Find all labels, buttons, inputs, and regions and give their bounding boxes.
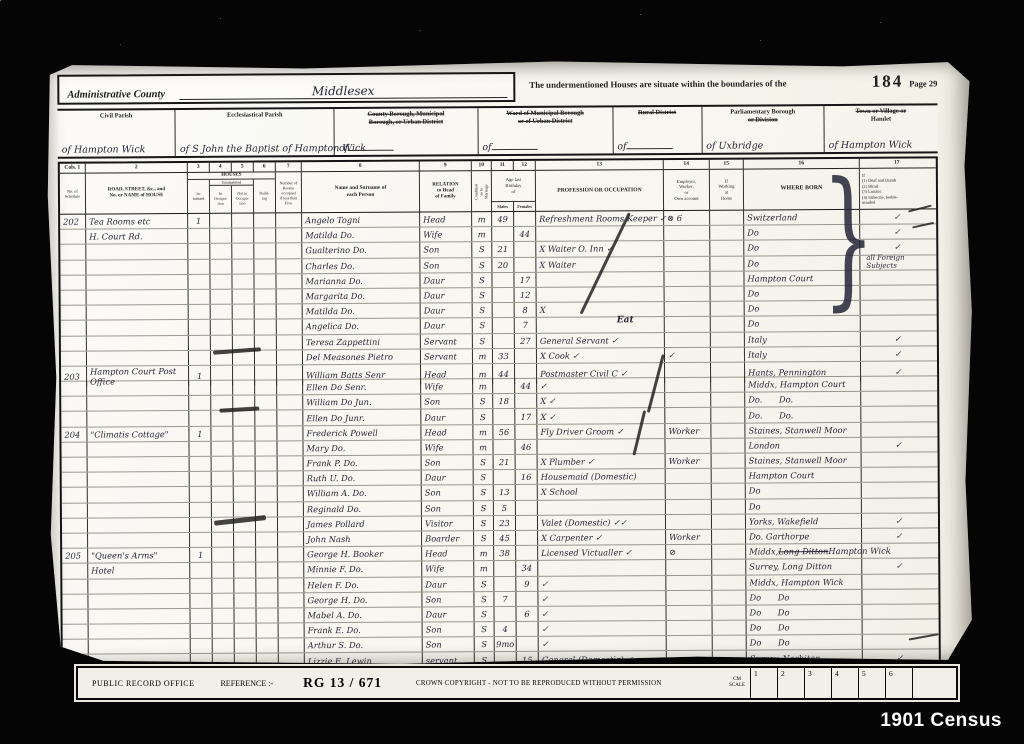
cell-road-name: Tea Rooms etc (86, 214, 188, 229)
cell-uninhabited-not-occ (234, 502, 256, 516)
record-office-label: PUBLIC RECORD OFFICE (78, 668, 194, 698)
cell-inhabited-mark (189, 411, 211, 425)
cell-age-female: 44 (515, 379, 537, 393)
cell-rooms (277, 289, 303, 303)
cell-where-born: Middx, Long Ditton Hampton Wick (746, 544, 862, 559)
cell-inhabited-mark (190, 472, 212, 486)
cell-employer (665, 287, 711, 301)
cell-where-born: Do (745, 286, 861, 301)
cell-condition: m (473, 379, 493, 393)
cell-schedule-number (61, 442, 87, 456)
cell-where-born: Do (744, 255, 860, 270)
cell-person-name: George H. Booker (304, 547, 422, 562)
cell-schedule-number: 204 (61, 427, 87, 441)
cell-road-name (87, 442, 189, 457)
cell-age-male (493, 333, 515, 347)
cell-building (254, 229, 276, 243)
cell-infirmity-mark (862, 498, 936, 513)
cell-rooms (276, 274, 302, 288)
cell-condition: S (473, 303, 493, 317)
cell-road-name (87, 290, 189, 305)
cell-occupation: ✓ (537, 378, 665, 393)
cell-road-name (88, 503, 190, 518)
cell-employer (665, 408, 711, 422)
cell-employer (667, 651, 713, 665)
cell-road-name (88, 578, 190, 593)
cell-working-home (711, 287, 745, 301)
cell-road-name (88, 518, 190, 533)
cell-working-home (712, 484, 746, 498)
cell-inhabited-mark (189, 305, 211, 319)
cell-infirmity-mark: ✓ (861, 331, 935, 346)
parish-section: Parliamentary Boroughor Divisionof Uxbri… (701, 106, 824, 153)
cell-schedule-number (61, 321, 87, 335)
column-number: 3 (188, 163, 210, 172)
cell-uninhabited-in-occ (211, 426, 233, 440)
cell-infirmity-mark: ✓ (863, 650, 937, 665)
cell-uninhabited-not-occ (232, 259, 254, 273)
column-headers-row: No. of Schedule ROAD, STREET, &c., and N… (60, 168, 936, 214)
column-number: Cols. 1 (60, 164, 86, 173)
cell-schedule-number (62, 488, 88, 502)
cell-uninhabited-not-occ (234, 457, 256, 471)
cell-infirmity-mark (862, 452, 936, 467)
cm-scale-cell: 3 (804, 668, 831, 698)
cell-employer (665, 378, 711, 392)
cell-occupation (537, 317, 665, 332)
cell-uninhabited-not-occ (232, 244, 254, 258)
cell-employer: Worker (665, 423, 711, 437)
cell-age-female (517, 637, 539, 651)
cell-uninhabited-in-occ (212, 578, 234, 592)
cell-schedule-number (61, 306, 87, 320)
header-uninhabited-group: Uninhabited In Occupa- tion Not in Occup… (210, 180, 254, 213)
cell-age-female: 16 (516, 470, 538, 484)
cell-person-name: Ruth U. Do. (304, 471, 422, 486)
cell-schedule-number (61, 351, 87, 365)
cell-rooms (279, 639, 305, 653)
cell-condition: S (474, 470, 494, 484)
cell-uninhabited-in-occ (213, 624, 235, 638)
cell-relation: Son (422, 592, 474, 607)
cell-employer (666, 515, 712, 529)
parish-section-value: of (480, 141, 610, 153)
cell-rooms (277, 320, 303, 334)
cell-condition: S (473, 334, 493, 348)
cell-where-born: Hampton Court (744, 271, 860, 286)
cell-rooms (276, 213, 302, 227)
cell-road-name (89, 639, 191, 654)
cell-employer (665, 332, 711, 346)
cell-age-male (493, 409, 515, 423)
cell-uninhabited-in-occ (210, 244, 232, 258)
cell-schedule-number (61, 336, 87, 350)
cell-rooms (277, 335, 303, 349)
cell-uninhabited-not-occ (232, 274, 254, 288)
cell-employer (665, 302, 711, 316)
cell-where-born: Do Do (747, 635, 863, 650)
cell-working-home (710, 226, 744, 240)
cell-where-born: Do Do (746, 605, 862, 620)
cell-working-home (710, 256, 744, 270)
cell-infirmity-mark (861, 376, 935, 391)
cell-relation: Daur (422, 470, 474, 485)
cell-occupation: X Plumber ✓ (538, 454, 666, 469)
cell-road-name (87, 335, 189, 350)
cell-relation: Head (422, 546, 474, 561)
cell-infirmity-mark: ✓ (861, 346, 935, 361)
cell-age-male: 56 (493, 425, 515, 439)
column-number: 4 (210, 163, 232, 172)
cm-scale-ruler: 123456 (750, 668, 956, 698)
cell-infirmity-mark (861, 392, 935, 407)
cell-relation: Servant (421, 334, 473, 349)
cell-relation: Head (421, 425, 473, 440)
reference-value: RG 13 / 671 (273, 668, 382, 698)
cell-age-female (516, 592, 538, 606)
cell-infirmity-mark (862, 483, 936, 498)
cell-uninhabited-in-occ (211, 442, 233, 456)
administrative-county-value: Middlesex (179, 83, 507, 100)
cell-age-female (516, 516, 538, 530)
cell-person-name: Reginald Do. (304, 501, 422, 516)
cell-rooms (278, 593, 304, 607)
cell-building (256, 608, 278, 622)
cell-age-female (515, 424, 537, 438)
cell-working-home (710, 241, 744, 255)
cell-condition: S (472, 242, 492, 256)
cell-uninhabited-in-occ (211, 411, 233, 425)
cell-employer (666, 606, 712, 620)
column-number: 17 (860, 158, 934, 167)
cell-road-name (88, 487, 190, 502)
cell-inhabited-mark (188, 259, 210, 273)
cell-condition: S (474, 501, 494, 515)
cell-inhabited-mark (190, 502, 212, 516)
cell-building (256, 502, 278, 516)
cell-occupation (536, 226, 664, 241)
cell-relation: Daur (422, 577, 474, 592)
cell-age-male: 4 (495, 622, 517, 636)
cell-working-home (712, 514, 746, 528)
cell-person-name: Frank E. Do. (305, 623, 423, 638)
cell-occupation: X Carpenter ✓ (538, 530, 666, 545)
column-number: 16 (744, 159, 860, 169)
cell-occupation (537, 287, 665, 302)
cell-rooms (278, 563, 304, 577)
cell-uninhabited-in-occ (212, 548, 234, 562)
header-building: Build- ing (254, 179, 275, 212)
cell-schedule-number (62, 579, 88, 593)
foreign-subjects-note: all Foreign Subjects (866, 255, 904, 271)
form-header-top: Administrative County Middlesex The unde… (57, 69, 937, 104)
cell-working-home (712, 560, 746, 574)
cell-road-name (87, 396, 189, 411)
cell-infirmity-mark: ✓ (861, 437, 935, 452)
cell-rooms (277, 304, 303, 318)
reference-label: REFERENCE :- (194, 668, 273, 698)
cell-where-born: Middx, Hampton Wick (746, 574, 862, 589)
cell-age-female (516, 546, 538, 560)
cell-uninhabited-in-occ (212, 457, 234, 471)
cell-uninhabited-in-occ (210, 229, 232, 243)
cell-relation: Daur (421, 319, 473, 334)
parish-section: Ward of Municipal Boroughor of Urban Dis… (477, 107, 612, 154)
cell-schedule-number (62, 564, 88, 578)
column-number: 6 (254, 162, 276, 171)
cell-working-home (712, 529, 746, 543)
cell-where-born: Italy (745, 347, 861, 362)
cell-condition: S (475, 637, 495, 651)
cell-employer (665, 393, 711, 407)
cell-rooms (278, 487, 304, 501)
cell-employer (667, 621, 713, 635)
cell-schedule-number (60, 245, 86, 259)
cell-person-name: Matilda Do. (302, 228, 420, 243)
parish-section: Town or Village orHamletof Hampton Wick (823, 105, 937, 152)
cell-uninhabited-not-occ (234, 472, 256, 486)
cell-working-home (712, 454, 746, 468)
cell-uninhabited-in-occ (210, 274, 232, 288)
cell-rooms (276, 259, 302, 273)
cell-age-female (514, 242, 536, 256)
cell-condition: S (472, 258, 492, 272)
parish-section: Ecclesiastical Parishof S John the Bapti… (175, 109, 334, 156)
cell-relation: Son (422, 501, 474, 516)
cell-building (254, 244, 276, 258)
cell-rooms (276, 244, 302, 258)
cell-where-born: Do. Garthorpe (746, 529, 862, 544)
cell-condition: S (474, 485, 494, 499)
cell-uninhabited-not-occ (233, 426, 255, 440)
collection-title: 1901 Census (880, 710, 1002, 732)
cell-building (255, 426, 277, 440)
scan-background: Administrative County Middlesex The unde… (0, 0, 1024, 744)
cell-working-home (713, 621, 747, 635)
cell-relation: Head (420, 212, 472, 227)
cell-working-home (711, 408, 745, 422)
cell-occupation: General Servant ✓ (537, 333, 665, 348)
parish-section-value: of Uxbridge (704, 140, 821, 152)
parish-section-label: County Borough, MunicipalBorough, or Urb… (337, 110, 475, 127)
cell-age-male (494, 470, 516, 484)
header-age-group: Age last Birthday of Males Females (492, 171, 536, 211)
cell-age-male (494, 576, 516, 590)
cell-relation: Wife (422, 562, 474, 577)
cell-where-born: Do (745, 301, 861, 316)
cell-rooms (277, 350, 303, 364)
cell-infirmity-mark: ✓ (860, 225, 934, 240)
cell-working-home (711, 438, 745, 452)
cell-uninhabited-not-occ (234, 608, 256, 622)
cell-rooms (277, 441, 303, 455)
column-number: 15 (710, 160, 744, 169)
cell-age-female: 17 (514, 273, 536, 287)
column-number: 2 (86, 163, 188, 173)
cell-working-home (711, 347, 745, 361)
cell-relation: Daur (421, 288, 473, 303)
parish-section-label: Rural District (615, 109, 699, 118)
header-age: Age last Birthday of (492, 171, 535, 201)
cell-schedule-number (62, 503, 88, 517)
cell-person-name: George H. Do. (304, 592, 422, 607)
cell-uninhabited-not-occ (235, 639, 257, 653)
cell-employer (666, 590, 712, 604)
cell-condition: S (474, 577, 494, 591)
cell-schedule-number (62, 534, 88, 548)
cell-working-home (713, 651, 747, 665)
cell-rooms (277, 380, 303, 394)
cell-building (255, 305, 277, 319)
cm-scale-cell (912, 668, 956, 698)
cell-uninhabited-in-occ (213, 639, 235, 653)
cell-person-name: Helen F. Do. (304, 577, 422, 592)
cell-employer: ⊘ (666, 545, 712, 559)
cell-age-male: 49 (492, 212, 514, 226)
cell-occupation (538, 500, 666, 515)
cell-working-home (712, 575, 746, 589)
cell-where-born: London (745, 438, 861, 453)
cell-schedule-number (62, 458, 88, 472)
parish-section-label: Ecclesiastical Parish (178, 111, 332, 120)
cell-infirmity-mark (862, 468, 936, 483)
cell-person-name: Teresa Zappettini (303, 334, 421, 349)
cell-employer (664, 256, 710, 270)
administrative-county-box: Administrative County Middlesex (57, 72, 515, 105)
cell-employer (666, 499, 712, 513)
cell-person-name: Gualterino Do. (302, 243, 420, 258)
column-number: 12 (514, 161, 536, 170)
cell-building (256, 563, 278, 577)
cell-building (257, 639, 279, 653)
cell-condition: S (474, 531, 494, 545)
cell-schedule-number (63, 609, 89, 623)
cell-uninhabited-in-occ (212, 487, 234, 501)
cell-occupation: ✓ (538, 576, 666, 591)
cell-schedule-number (62, 594, 88, 608)
cell-where-born: Hampton Court (746, 468, 862, 483)
cell-working-home (711, 332, 745, 346)
cell-uninhabited-in-occ (212, 472, 234, 486)
column-number: 13 (536, 160, 664, 170)
parish-sections-row: Civil Parishof Hampton WickEcclesiastica… (57, 103, 937, 158)
cell-age-female (514, 212, 536, 226)
cell-schedule-number (61, 291, 87, 305)
cell-relation: Son (421, 394, 473, 409)
cell-building (256, 456, 278, 470)
cell-schedule-number (60, 260, 86, 274)
cell-inhabited-mark (190, 457, 212, 471)
cell-road-name (89, 624, 191, 639)
cell-relation: Boarder (422, 531, 474, 546)
header-road: ROAD, STREET, &c., and No. or NAME of HO… (86, 173, 188, 214)
cell-person-name: Margarita Do. (303, 288, 421, 303)
cell-uninhabited-in-occ (212, 502, 234, 516)
cell-uninhabited-not-occ (233, 289, 255, 303)
cell-infirmity-mark (863, 619, 937, 634)
column-number: 8 (302, 162, 420, 172)
column-number: 14 (664, 160, 710, 169)
cell-schedule-number (62, 473, 88, 487)
cell-age-male (492, 273, 514, 287)
cell-relation: Daur (422, 607, 474, 622)
cell-employer (666, 575, 712, 589)
cell-employer (666, 560, 712, 574)
cell-uninhabited-in-occ (211, 320, 233, 334)
cell-employer: Worker (666, 530, 712, 544)
cell-age-female: 27 (515, 333, 537, 347)
cell-age-female (516, 455, 538, 469)
cell-schedule-number (61, 397, 87, 411)
column-number: 11 (492, 161, 514, 170)
cell-age-male: 38 (494, 546, 516, 560)
cell-inhabited-mark (190, 487, 212, 501)
cell-where-born: Do. Do. (745, 392, 861, 407)
cell-age-female (516, 531, 538, 545)
cell-where-born: Switzerland (744, 210, 860, 225)
cell-working-home (712, 590, 746, 604)
header-in-occupation: In Occupa- tion (210, 186, 232, 213)
cell-inhabited-mark (191, 639, 213, 653)
cell-condition: S (474, 592, 494, 606)
cell-schedule-number: 205 (62, 549, 88, 563)
cell-occupation: Refreshment Rooms Keeper ✓ (536, 211, 664, 226)
cell-age-female (516, 485, 538, 499)
cell-person-name: Ellen Do Senr. (303, 380, 421, 395)
cell-uninhabited-not-occ (234, 593, 256, 607)
cm-scale-cell: 1 (750, 668, 777, 698)
cell-inhabited-mark (189, 335, 211, 349)
cell-infirmity-mark (862, 574, 936, 589)
cell-road-name (87, 320, 189, 335)
cell-person-name: Frank P. Do. (304, 456, 422, 471)
census-rows: 202Tea Rooms etc1Angelo TogniHeadm49Refr… (60, 209, 939, 685)
parish-section-label: Ward of Municipal Boroughor of Urban Dis… (480, 109, 610, 126)
cell-condition: S (474, 607, 494, 621)
cell-working-home (713, 636, 747, 650)
cell-where-born: Do (745, 316, 861, 331)
cell-employer (664, 226, 710, 240)
column-number: 9 (420, 161, 472, 170)
cell-uninhabited-not-occ (234, 578, 256, 592)
cell-age-male (494, 607, 516, 621)
cell-person-name: Arthur S. Do. (305, 638, 423, 653)
cell-building (255, 380, 277, 394)
cell-road-name: "Climatis Cottage" (87, 427, 189, 442)
cell-condition: m (473, 425, 493, 439)
cell-age-male (494, 561, 516, 575)
cell-inhabited-mark (191, 624, 213, 638)
cell-occupation (537, 439, 665, 454)
cell-infirmity-mark (860, 270, 934, 285)
header-infirmity: If (1) Deaf and Dumb (2) Blind (3) Lunat… (860, 168, 934, 208)
cell-person-name: Del Measones Pietro (303, 349, 421, 364)
cell-infirmity-mark: ✓ (862, 528, 936, 543)
cell-infirmity-mark (861, 285, 935, 300)
cell-uninhabited-in-occ (212, 593, 234, 607)
cell-employer (667, 636, 713, 650)
cell-occupation: General (Domestic) ✓ (539, 651, 667, 666)
cell-relation: Daur (421, 410, 473, 425)
header-males: Males (492, 202, 514, 211)
parish-section-value: of (615, 141, 699, 153)
cell-where-born: Surrey, Norbiton (747, 650, 863, 665)
parish-section-value: of S John the Baptist of Hampton Wick (178, 143, 332, 155)
cell-building (254, 259, 276, 273)
cell-occupation: X Cook ✓ (537, 348, 665, 363)
cell-relation: Son (422, 455, 474, 470)
cell-road-name (86, 275, 188, 290)
